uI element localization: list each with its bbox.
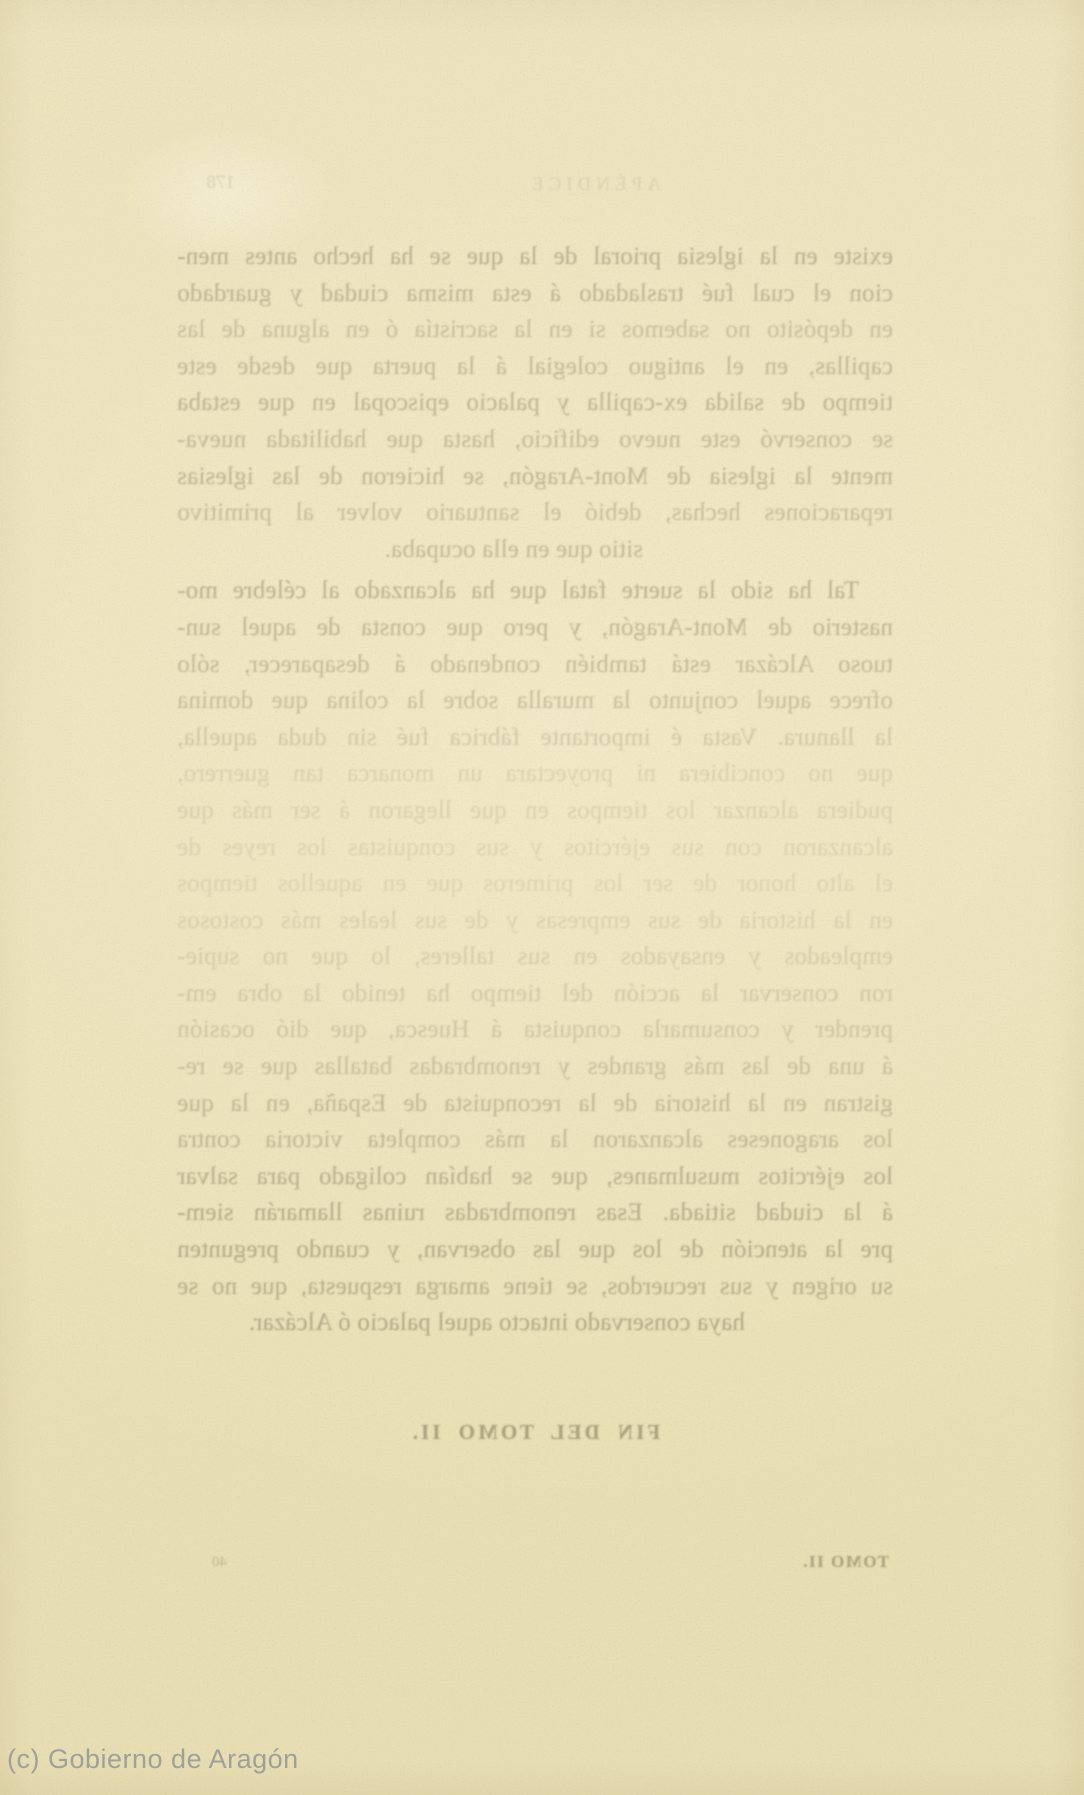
bleed-line: gistran en la historia de la reconquista… — [177, 1086, 893, 1123]
bleed-line: ofrece aquel conjunto la muralla sobre l… — [177, 683, 893, 720]
body-paragraph: existe en la iglesia prioral de la que s… — [177, 239, 893, 568]
scanned-page: APÉNDICE 178 existe en la iglesia priora… — [0, 0, 1084, 1795]
bleed-line: prender y consumarla conquista á Huesca,… — [177, 1012, 893, 1049]
bleed-line: tiempo de salida ex-capilla y palacio ep… — [177, 385, 893, 422]
bleed-line: sitio que en ella ocupaba. — [177, 532, 643, 569]
bleed-line: á una de las más grandes y renombradas b… — [177, 1049, 893, 1086]
bleed-line: en depósito no sabemos si en la sacristí… — [177, 312, 893, 349]
running-header-page-number: 178 — [207, 172, 236, 194]
bleed-line: se conservó este nuevo edificio, hasta q… — [177, 422, 893, 459]
bleed-line: existe en la iglesia prioral de la que s… — [177, 239, 893, 276]
bleed-line: haya conservado intacto aquel palacio ó … — [177, 1305, 745, 1342]
bleedthrough-layer: APÉNDICE 178 existe en la iglesia priora… — [177, 0, 893, 1795]
bleed-line: ron conservar la acción del tiempo ha te… — [177, 976, 893, 1013]
bleed-line: mente la iglesia de Mont-Aragón, se hici… — [177, 459, 893, 496]
fin-del-tomo-line: FIN DEL TOMO II. — [177, 1420, 893, 1445]
bleed-line: empleados y ensayados en sus talleres, l… — [177, 939, 893, 976]
bleed-line: el alto honor de ser los primeros que en… — [177, 866, 893, 903]
bleed-line: los aragoneses alcanzaron la más complet… — [177, 1122, 893, 1159]
body-paragraph: Tal ha sido la suerte fatal que ha alcan… — [177, 573, 893, 1341]
bleed-line: en la historia de sus empresas y de sus … — [177, 903, 893, 940]
bleed-line: cion el cual fué trasladado á esta misma… — [177, 276, 893, 313]
signature-tomo: TOMO II. — [802, 1552, 889, 1572]
bleed-line: los ejércitos musulmanes, que se habían … — [177, 1159, 893, 1196]
bleed-body: existe en la iglesia prioral de la que s… — [177, 239, 893, 1342]
bleed-line: alcanzaron con sus ejércitos y sus conqu… — [177, 830, 893, 867]
bleed-line: su origen y sus recuerdos, se tiene amar… — [177, 1269, 893, 1306]
bleed-line: tuoso Alcázar está también condenado á d… — [177, 647, 893, 684]
bleed-line: nasterio de Mont-Aragón, y pero que cons… — [177, 610, 893, 647]
bleed-line: que no concibiera ni proyectara un monar… — [177, 756, 893, 793]
bleed-line: reparaciones hechas, debió el santuario … — [177, 495, 893, 532]
signature-number: 40 — [212, 1554, 227, 1571]
signature-line: TOMO II. 40 — [177, 1552, 893, 1574]
running-header-title: APÉNDICE — [527, 174, 661, 196]
bleed-line: Tal ha sido la suerte fatal que ha alcan… — [177, 573, 893, 610]
copyright-watermark: (c) Gobierno de Aragón — [7, 1744, 299, 1775]
bleed-line: pre la atención de los que las observan,… — [177, 1232, 893, 1269]
bleed-line: pudiera alcanzar los tiempos en que lleg… — [177, 793, 893, 830]
bleed-line: capillas, en el antiguo colegial á la pu… — [177, 349, 893, 386]
bleed-line: á la ciudad sitiada. Esas renombradas ru… — [177, 1195, 893, 1232]
bleed-line: la llanura. Vasta é importante fábrica f… — [177, 720, 893, 757]
